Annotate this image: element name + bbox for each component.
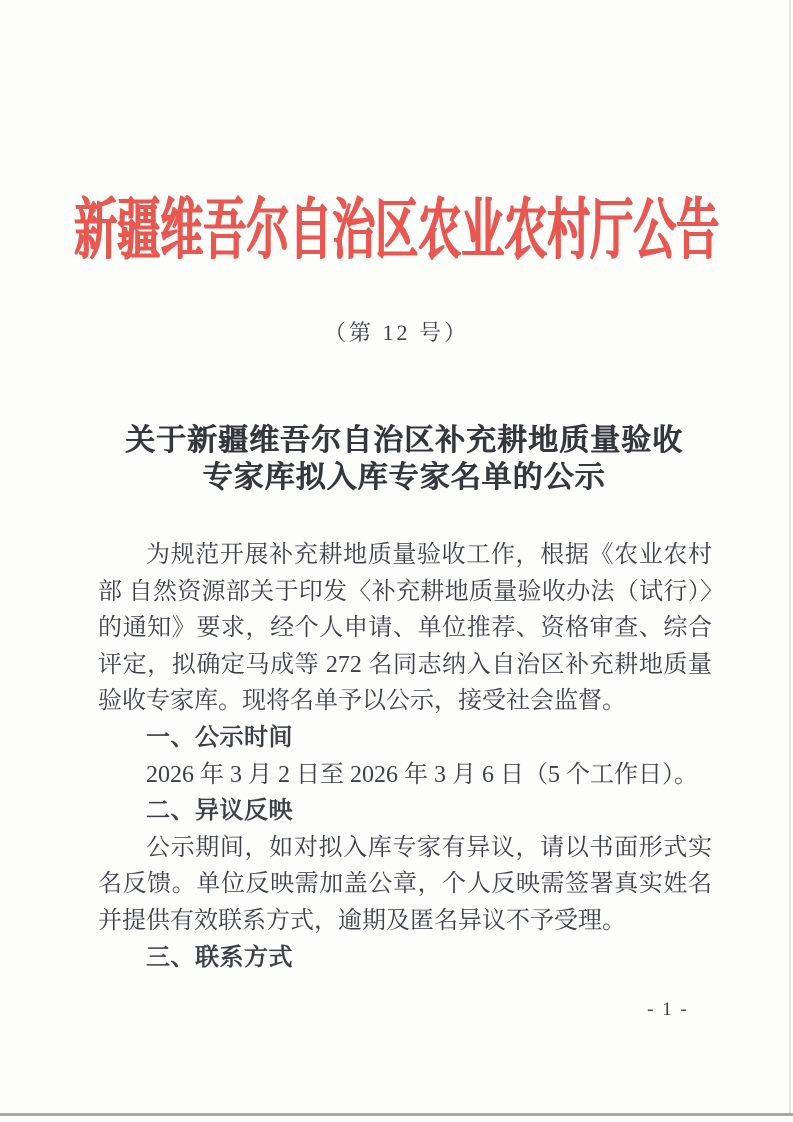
page-number: - 1 -	[618, 999, 718, 1021]
subject-heading-line1: 关于新疆维吾尔自治区补充耕地质量验收	[98, 422, 710, 459]
section-heading-contact-info: 三、联系方式	[98, 940, 712, 977]
right-scan-edge	[789, 0, 791, 1113]
paragraph-objection: 公示期间，如对拟入库专家有异议，请以书面形式实名反馈。单位反映需加盖公章，个人反…	[98, 830, 712, 940]
agency-title-row: 新疆维吾尔自治区农业农村厅公告	[0, 178, 793, 239]
paragraph-intro: 为规范开展补充耕地质量验收工作，根据《农业农村部 自然资源部关于印发〈补充耕地质…	[98, 537, 712, 720]
subject-heading: 关于新疆维吾尔自治区补充耕地质量验收 专家库拟入库专家名单的公示	[98, 422, 710, 496]
document-body: 为规范开展补充耕地质量验收工作，根据《农业农村部 自然资源部关于印发〈补充耕地质…	[98, 537, 712, 976]
issue-number: （第 12 号）	[0, 316, 793, 347]
subject-heading-line2: 专家库拟入库专家名单的公示	[98, 459, 710, 496]
section-heading-objection-feedback: 二、异议反映	[98, 793, 712, 830]
bottom-scan-edge	[0, 1113, 793, 1116]
document-page: 新疆维吾尔自治区农业农村厅公告 （第 12 号） 关于新疆维吾尔自治区补充耕地质…	[0, 0, 793, 1122]
agency-title: 新疆维吾尔自治区农业农村厅公告	[74, 178, 719, 273]
paragraph-dates: 2026 年 3 月 2 日至 2026 年 3 月 6 日（5 个工作日）。	[98, 757, 712, 794]
section-heading-public-notice-period: 一、公示时间	[98, 720, 712, 757]
